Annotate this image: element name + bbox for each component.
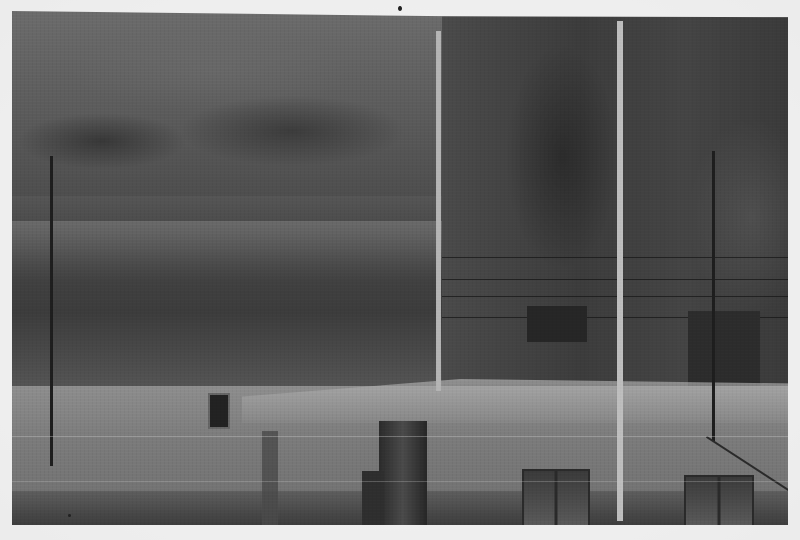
dust-speck xyxy=(398,6,402,11)
photo-print xyxy=(12,11,788,525)
dust-speck xyxy=(68,514,71,517)
film-grain xyxy=(12,11,788,525)
